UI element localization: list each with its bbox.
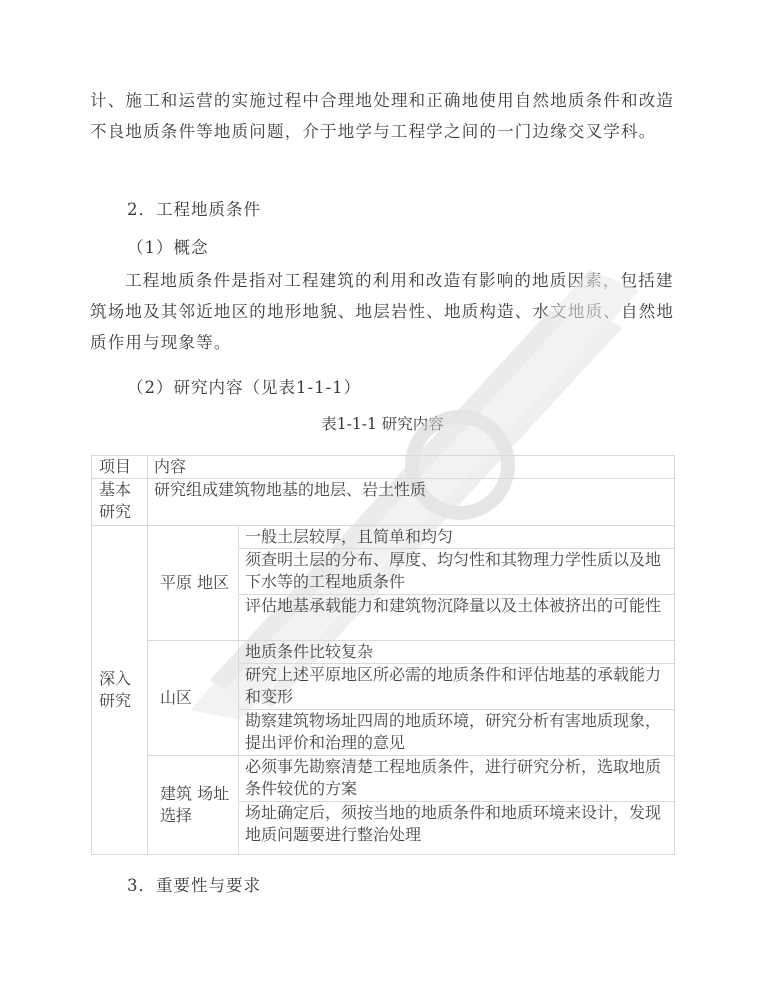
- intro-paragraph: 计、施工和运营的实施过程中合理地处理和正确地使用自然地质条件和改造不良地质条件等…: [90, 85, 680, 147]
- table-row: 深入研究 平原 地区 一般土层较厚，且简单和均匀: [92, 526, 675, 549]
- table-row: 建筑 场址 选择 必须事先勘察清楚工程地质条件，进行研究分析，选取地质条件较优的…: [92, 756, 675, 802]
- list-item: 勘察建筑物场址四周的地质环境，研究分析有害地质现象，提出评价和治理的意见: [239, 710, 675, 756]
- research-content-table: 项目 内容 基本研究 研究组成建筑物地基的地层、岩土性质 深入研究 平原 地区 …: [91, 455, 675, 855]
- concept-paragraph: 工程地质条件是指对工程建筑的利用和改造有影响的地质因素，包括建筑场地及其邻近地区…: [90, 265, 680, 358]
- group-mountain: 山区: [148, 641, 239, 756]
- list-item: 必须事先勘察清楚工程地质条件，进行研究分析，选取地质条件较优的方案: [239, 756, 675, 802]
- list-item: 须查明土层的分布、厚度、均匀性和其物理力学性质以及地下水等的工程地质条件: [239, 549, 675, 595]
- research-content-heading: （2）研究内容（见表1-1-1）: [127, 374, 361, 398]
- group-site-selection: 建筑 场址 选择: [148, 756, 239, 855]
- list-item: 研究上述平原地区所必需的地质条件和评估地基的承载能力和变形: [239, 664, 675, 710]
- section-2-heading: 2．工程地质条件: [127, 196, 261, 220]
- list-item: 场址确定后，须按当地的地质条件和地质环境来设计，发现地质问题要进行整治处理: [239, 802, 675, 855]
- list-item: 地质条件比较复杂: [239, 641, 675, 664]
- list-item: 评估地基承载能力和建筑物沉降量以及土体被挤出的可能性: [239, 595, 675, 641]
- header-item: 项目: [92, 456, 148, 479]
- group-plain: 平原 地区: [148, 526, 239, 641]
- concept-heading: （1）概念: [127, 234, 209, 258]
- section-3-heading: 3．重要性与要求: [127, 872, 261, 896]
- basic-label: 基本研究: [92, 479, 148, 526]
- list-item: 一般土层较厚，且简单和均匀: [239, 526, 675, 549]
- table-header-row: 项目 内容: [92, 456, 675, 479]
- basic-content: 研究组成建筑物地基的地层、岩土性质: [148, 479, 675, 526]
- header-content: 内容: [148, 456, 675, 479]
- deep-label: 深入研究: [92, 526, 148, 855]
- table-row: 山区 地质条件比较复杂: [92, 641, 675, 664]
- table-caption: 表1-1-1 研究内容: [0, 412, 765, 434]
- table-row-basic: 基本研究 研究组成建筑物地基的地层、岩土性质: [92, 479, 675, 526]
